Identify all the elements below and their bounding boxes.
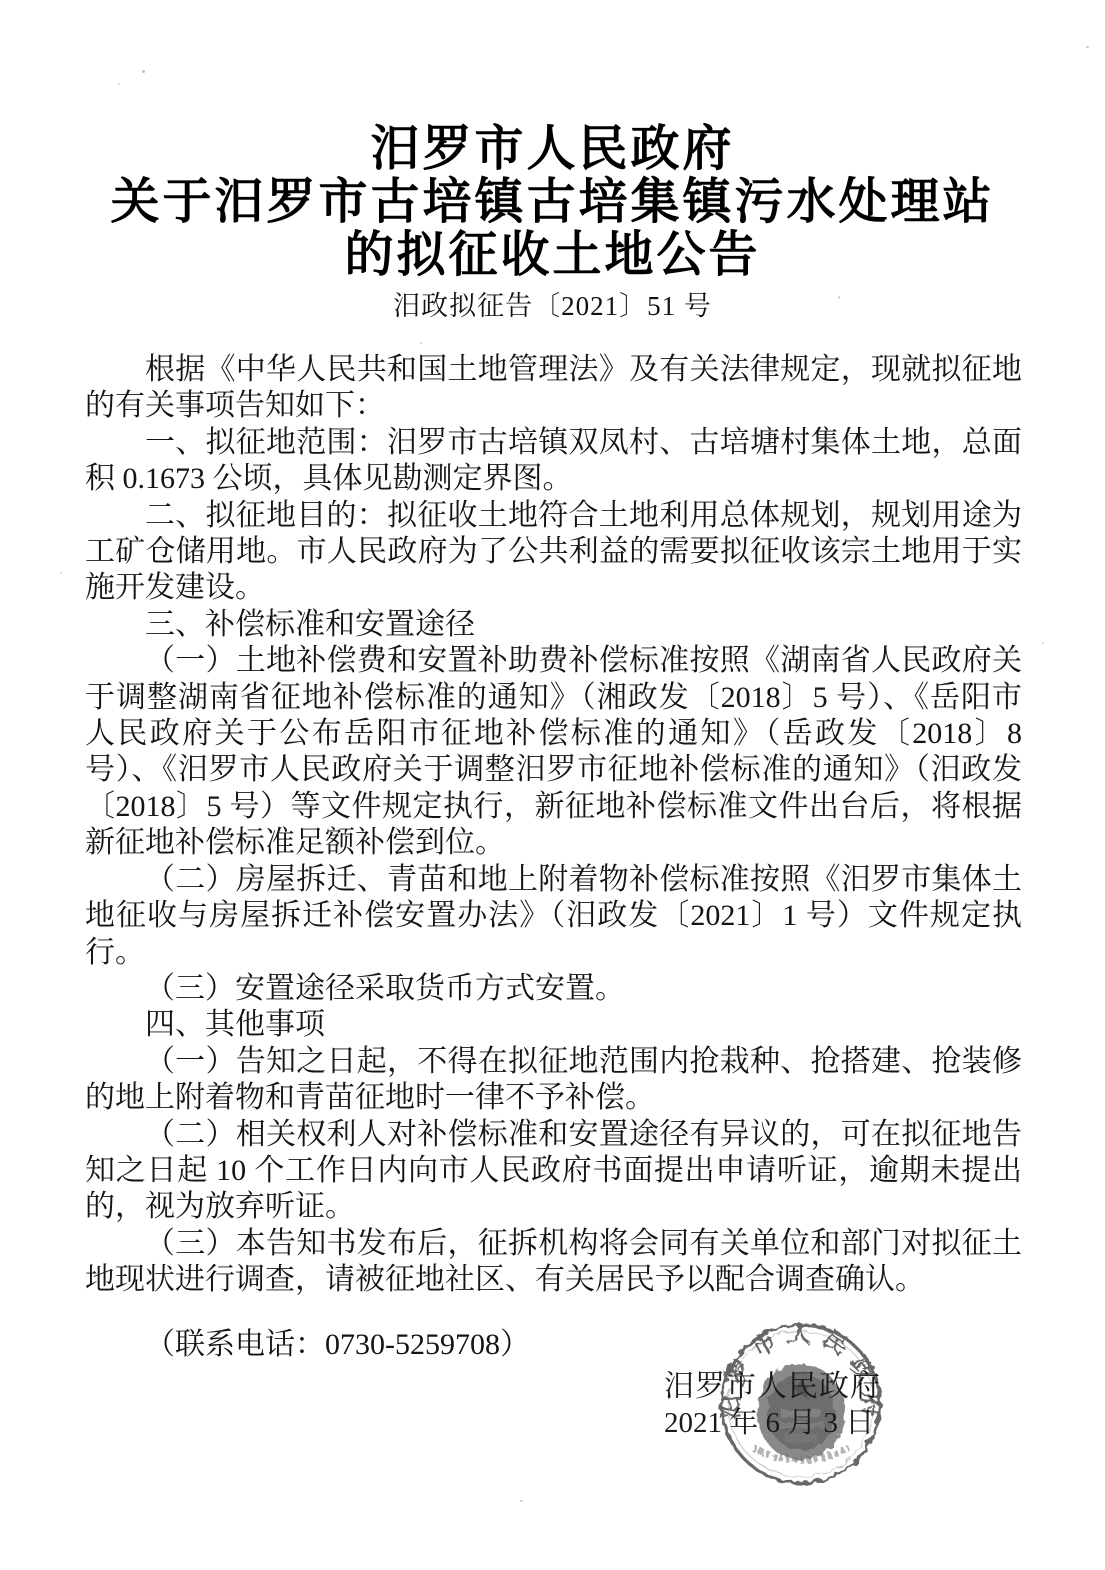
signature-organization: 汨罗市人民政府 [664,1368,924,1405]
paragraph: 根据《中华人民共和国土地管理法》及有关法律规定，现就拟征地的有关事项告知如下： [85,352,1022,425]
paragraph: 二、拟征地目的：拟征收土地符合土地利用总体规划，规划用途为工矿仓储用地。市人民政… [85,498,1022,607]
paragraph: （一）土地补偿费和安置补助费补偿标准按照《湖南省人民政府关于调整湖南省征地补偿标… [85,643,1022,861]
scan-noise-speck [838,296,840,299]
paragraph: （二）相关权利人对补偿标准和安置途径有异议的，可在拟征地告知之日起 10 个工作… [85,1117,1022,1226]
paragraph: 三、补偿标准和安置途径 [85,607,1022,643]
paragraph: （二）房屋拆迁、青苗和地上附着物补偿标准按照《汨罗市集体土地征收与房屋拆迁补偿安… [85,862,1022,971]
page-title-line-3: 的拟征收土地公告 [0,228,1105,281]
signature-block: 汨罗市人民政府 2021 年 6 月 3 日 [664,1368,924,1442]
paragraph: 四、其他事项 [85,1007,1022,1043]
paragraph: （三）安置途径采取货币方式安置。 [85,971,1022,1007]
paragraph: （三）本告知书发布后，征拆机构将会同有关单位和部门对拟征土地现状进行调查，请被征… [85,1226,1022,1299]
paragraph: （一）告知之日起，不得在拟征地范围内抢栽种、抢搭建、抢装修的地上附着物和青苗征地… [85,1044,1022,1117]
scan-noise-speck [520,1500,523,1502]
scan-noise-speck [170,1272,172,1274]
page-title-line-2: 关于汨罗市古培镇古培集镇污水处理站 [0,175,1105,228]
scan-noise-speck [1042,642,1044,644]
scan-noise-speck [118,83,120,85]
scanned-notice-page: 汨罗市人民政府 关于汨罗市古培镇古培集镇污水处理站 的拟征收土地公告 汨政拟征告… [0,0,1105,1570]
scan-noise-speck [420,342,422,344]
document-number: 汨政拟征告〔2021〕51 号 [0,289,1105,323]
scan-noise-speck [902,1238,904,1240]
scan-noise-speck [142,70,145,73]
scan-noise-speck [1086,46,1089,48]
page-title-line-1: 汨罗市人民政府 [0,122,1105,175]
paragraph: 一、拟征地范围：汨罗市古培镇双凤村、古培塘村集体土地，总面积 0.1673 公顷… [85,425,1022,498]
title-block: 汨罗市人民政府 关于汨罗市古培镇古培集镇污水处理站 的拟征收土地公告 汨政拟征告… [0,122,1105,323]
signature-date: 2021 年 6 月 3 日 [664,1405,924,1442]
document-body: 根据《中华人民共和国土地管理法》及有关法律规定，现就拟征地的有关事项告知如下：一… [85,352,1022,1363]
scan-noise-speck [60,572,62,574]
